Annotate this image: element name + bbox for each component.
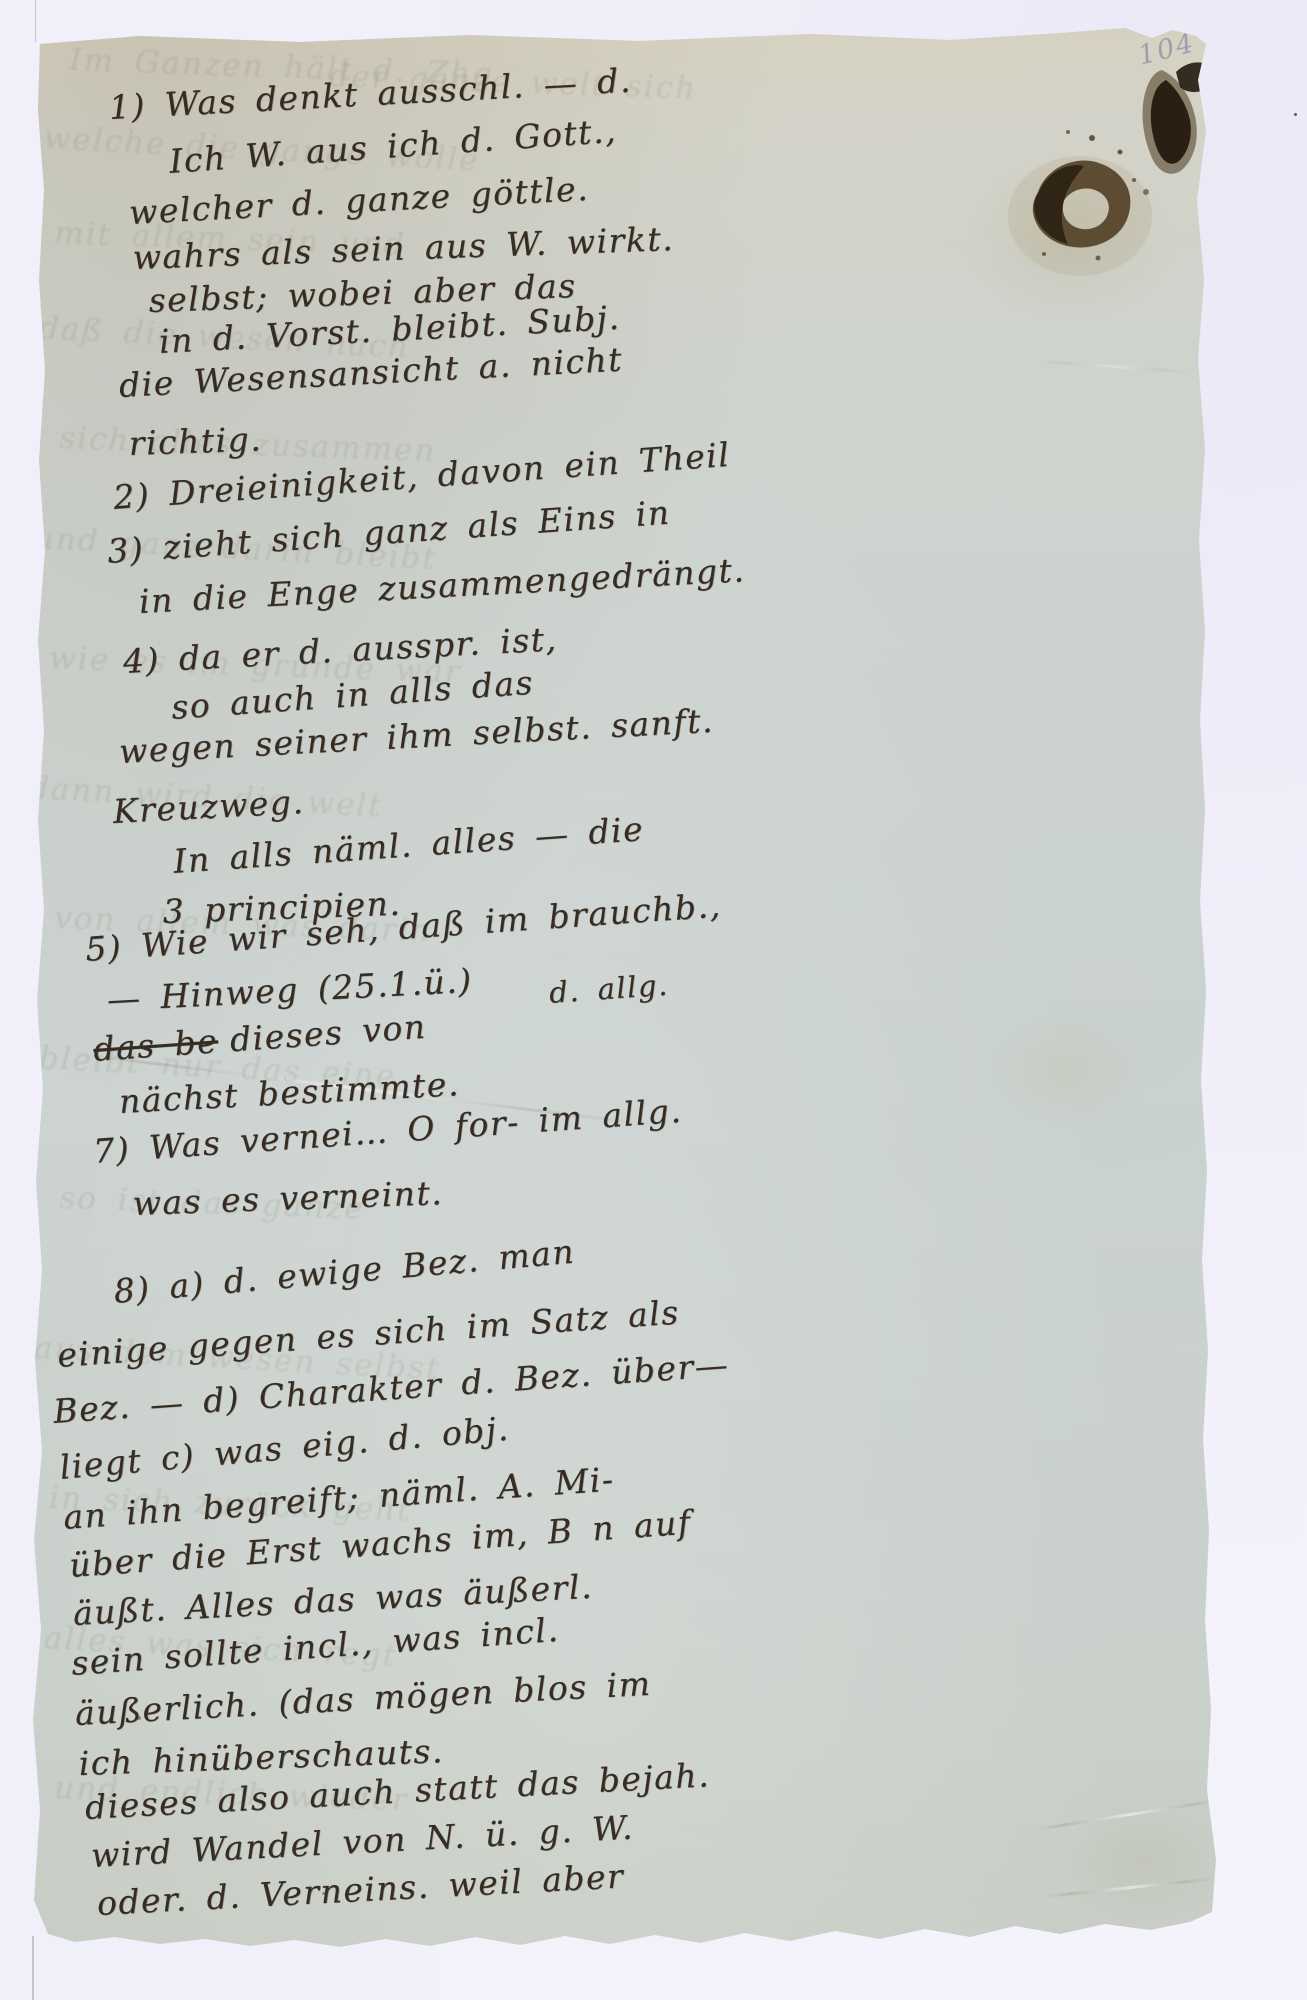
scanner-edge-line-top [35, 0, 36, 42]
ink-spatter [1143, 189, 1149, 195]
handwriting-layer: 1) Was denkt ausschl. — d.Ich W. aus ich… [0, 0, 1307, 2000]
ink-spatter [1042, 252, 1046, 256]
dust-speck [1294, 113, 1297, 116]
handwriting-line: 8) a) d. ewige Bez. man [112, 1232, 576, 1311]
paper-sheet: Im Ganzen hält d. Zhgder ganze welt sich… [0, 0, 1307, 2000]
corner-ink-blot-top [1176, 62, 1210, 92]
ink-spatter [1089, 135, 1095, 141]
handwriting-line: Kreuzweg. [112, 782, 305, 831]
handwriting-line: d. allg. [548, 968, 670, 1010]
struck-word: das be [92, 1021, 219, 1069]
handwriting-line: was es verneint. [132, 1173, 444, 1223]
handwriting-line: richtig. [128, 419, 263, 463]
manuscript-scan: Im Ganzen hält d. Zhgder ganze welt sich… [0, 0, 1307, 2000]
ink-spatter [1096, 256, 1101, 261]
ink-spatter [1066, 130, 1070, 134]
scanner-edge-line-bottom [32, 1936, 34, 2000]
handwriting-line: wahrs als sein aus W. wirkt. [132, 219, 675, 277]
ink-spatter [1118, 150, 1123, 155]
ink-spatter [1132, 178, 1136, 182]
ink-blots [980, 40, 1240, 300]
